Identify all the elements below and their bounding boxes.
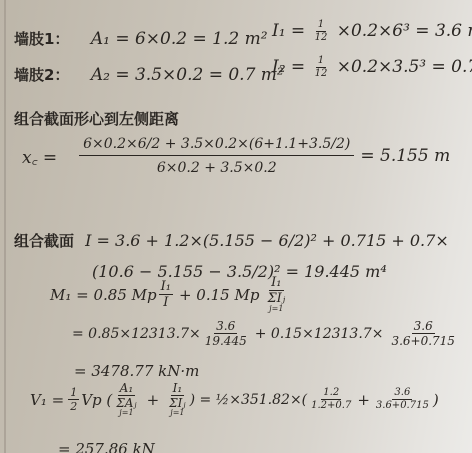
pier2-inertia: I₂ = 112 ×0.2×3.5³ = 0.715 m⁴ xyxy=(272,56,472,79)
pier2-area: A₂ = 3.5×0.2 = 0.7 m² xyxy=(91,65,284,85)
centroid-lhs: x꜀ = xyxy=(22,145,57,168)
shear-lhs: V₁ = xyxy=(30,391,64,409)
pier2-line: 墙肢2： A₂ = 3.5×0.2 = 0.7 m² xyxy=(14,64,284,85)
pier2-inertia-lhs: I₂ = xyxy=(272,57,305,77)
shear-frac4: 3.63.6+0.715 xyxy=(374,388,431,411)
pier1-fraction: 112 xyxy=(313,20,330,43)
pier1-label: 墙肢1： xyxy=(14,30,69,48)
shear-formula: V₁ = 12 Vp ( A₁ ΣAⱼ j=1 + I₁ ΣIⱼ j=1 ) =… xyxy=(30,382,439,417)
moment-lhs: M₁ = 0.85 Mp xyxy=(50,286,157,304)
combined-inertia-line1: 组合截面 I = 3.6 + 1.2×(5.155 − 6/2)² + 0.71… xyxy=(14,230,449,251)
pier1-area: A₁ = 6×0.2 = 1.2 m² xyxy=(91,29,268,49)
pier2-label: 墙肢2： xyxy=(14,66,69,84)
combined-inertia-label: 组合截面 xyxy=(14,232,74,250)
centroid-formula: x꜀ = 6×0.2×6/2 + 3.5×0.2×(6+1.1+3.5/2) 6… xyxy=(22,137,450,175)
pier1-inertia-lhs: I₁ = xyxy=(272,21,305,41)
pier1-inertia: I₁ = 112 ×0.2×6³ = 3.6 m⁴ xyxy=(272,20,472,43)
pier1-line: 墙肢1： A₁ = 6×0.2 = 1.2 m² xyxy=(14,28,268,49)
moment-sub-a: = 0.85×12313.7× xyxy=(72,326,201,342)
centroid-heading: 组合截面形心到左侧距离 xyxy=(14,108,179,129)
moment-mid: + 0.15 Mp xyxy=(179,286,259,304)
shear-frac1: A₁ ΣAⱼ j=1 xyxy=(114,382,138,417)
moment-formula: M₁ = 0.85 Mp I₁I + 0.15 Mp I₁ ΣIⱼ j=1 xyxy=(50,276,289,313)
centroid-denominator: 6×0.2 + 3.5×0.2 xyxy=(155,156,279,175)
moment-sub-frac1: 3.619.445 xyxy=(203,320,249,347)
moment-result: = 3478.77 kN·m xyxy=(74,362,199,380)
shear-half: 12 xyxy=(68,387,79,412)
shear-frac2: I₁ ΣIⱼ j=1 xyxy=(167,382,187,417)
pier2-fraction: 112 xyxy=(313,56,330,79)
shear-frac3: 1.21.2+0.7 xyxy=(309,388,353,411)
combined-inertia-expr1: I = 3.6 + 1.2×(5.155 − 6/2)² + 0.715 + 0… xyxy=(85,231,449,250)
paper-edge xyxy=(4,0,6,453)
pier1-inertia-rhs: ×0.2×6³ = 3.6 m⁴ xyxy=(337,21,472,41)
centroid-fraction: 6×0.2×6/2 + 3.5×0.2×(6+1.1+3.5/2) 6×0.2 … xyxy=(79,137,354,175)
moment-substitution: = 0.85×12313.7× 3.619.445 + 0.15×12313.7… xyxy=(72,320,459,347)
pier2-inertia-rhs: ×0.2×3.5³ = 0.715 m⁴ xyxy=(337,57,472,77)
moment-sub-frac2: 3.63.6+0.715 xyxy=(389,320,457,347)
shear-mid: ) = ½×351.82×( xyxy=(190,392,308,408)
moment-frac1: I₁I xyxy=(159,280,173,309)
shear-result: = 257.86 kN xyxy=(58,440,155,453)
shear-plus: + xyxy=(147,391,160,409)
shear-close: ) xyxy=(433,391,439,409)
moment-sub-b: + 0.15×12313.7× xyxy=(255,326,384,342)
centroid-result: = 5.155 m xyxy=(360,146,450,166)
shear-vp: Vp ( xyxy=(81,391,112,409)
centroid-numerator: 6×0.2×6/2 + 3.5×0.2×(6+1.1+3.5/2) xyxy=(79,137,354,156)
moment-frac2: I₁ ΣIⱼ j=1 xyxy=(265,276,287,313)
